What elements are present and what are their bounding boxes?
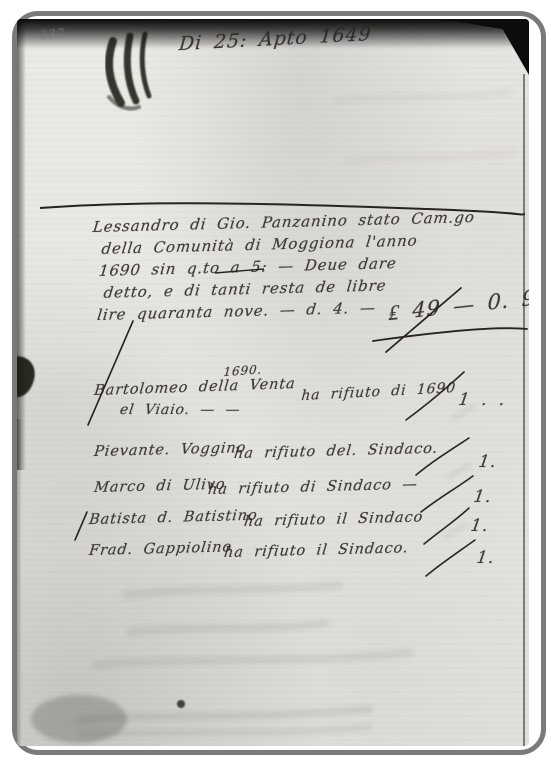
list-item-year-superscript: 1690. (223, 362, 263, 379)
list-item-name: Batista d. Batistino (88, 508, 258, 528)
list-item-name: Marco di Ulivo (93, 477, 226, 496)
list-item-note: ha rifiuto di 1690 (301, 380, 457, 404)
ledger-entry: Lessandro di Gio. Panzanino stato Cam.go… (94, 208, 478, 308)
amount-underline (373, 328, 527, 341)
list-item-name: Pievante. Voggino (93, 440, 247, 460)
list-item-second-line: el Viaio. — — (119, 402, 242, 418)
list-item-name: Frad. Gappiolino (88, 539, 233, 559)
list-item-note: ha rifiuto il Sindaco. (223, 540, 409, 561)
manuscript-page: 237 Di 25: Apto 1649 Lessandro di Gio. P… (17, 19, 529, 746)
list-item-value: 1. (477, 452, 498, 472)
page-edge-shadow-left-lower (17, 419, 22, 746)
folio-number: 237 (39, 26, 66, 42)
list-item-note: ha rifiuto di Sindaco — (207, 477, 418, 499)
list-item-value: 1. (472, 487, 493, 507)
page-edge-shadow-left (17, 19, 26, 470)
list-item-value: 1. (475, 548, 496, 568)
list-item-value: 1. (469, 516, 490, 536)
list-item-name: Bartolomeo della Venta (93, 376, 296, 399)
screenshot-canvas: 237 Di 25: Apto 1649 Lessandro di Gio. P… (0, 0, 551, 760)
list-item-note: ha rifiuto del. Sindaco. (233, 441, 439, 462)
list-item-value: 1 . . (457, 390, 507, 410)
list-item-note: ha rifiuto il Sindaco (243, 509, 424, 530)
